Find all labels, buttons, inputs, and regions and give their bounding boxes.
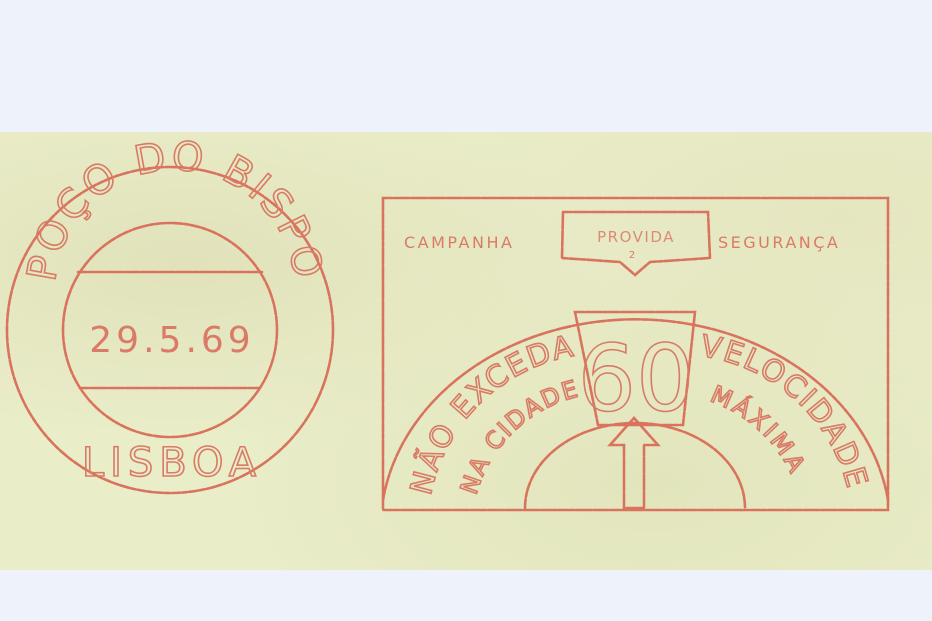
banner-right-text: SEGURANÇA [718, 233, 840, 252]
postmark: POÇO DO BISPO 29.5.69 LISBOA [7, 133, 333, 493]
meter-frame: CAMPANHA PROVIDA 2 SEGURANÇA 60 NÃO EXCE… [383, 198, 888, 510]
banner-center-sub: 2 [629, 250, 635, 261]
postmark-bottom-text: LISBOA [82, 440, 262, 486]
stamp-artwork: POÇO DO BISPO 29.5.69 LISBOA CAMPANHA PR… [0, 0, 932, 621]
banner-center-text: PROVIDA [597, 228, 675, 246]
banner-left-text: CAMPANHA [404, 233, 514, 252]
speedometer-inner-arc [525, 423, 745, 508]
speed-limit-number: 60 [577, 325, 694, 432]
postmark-top-text: POÇO DO BISPO [19, 133, 331, 284]
postmark-date: 29.5.69 [89, 320, 254, 361]
